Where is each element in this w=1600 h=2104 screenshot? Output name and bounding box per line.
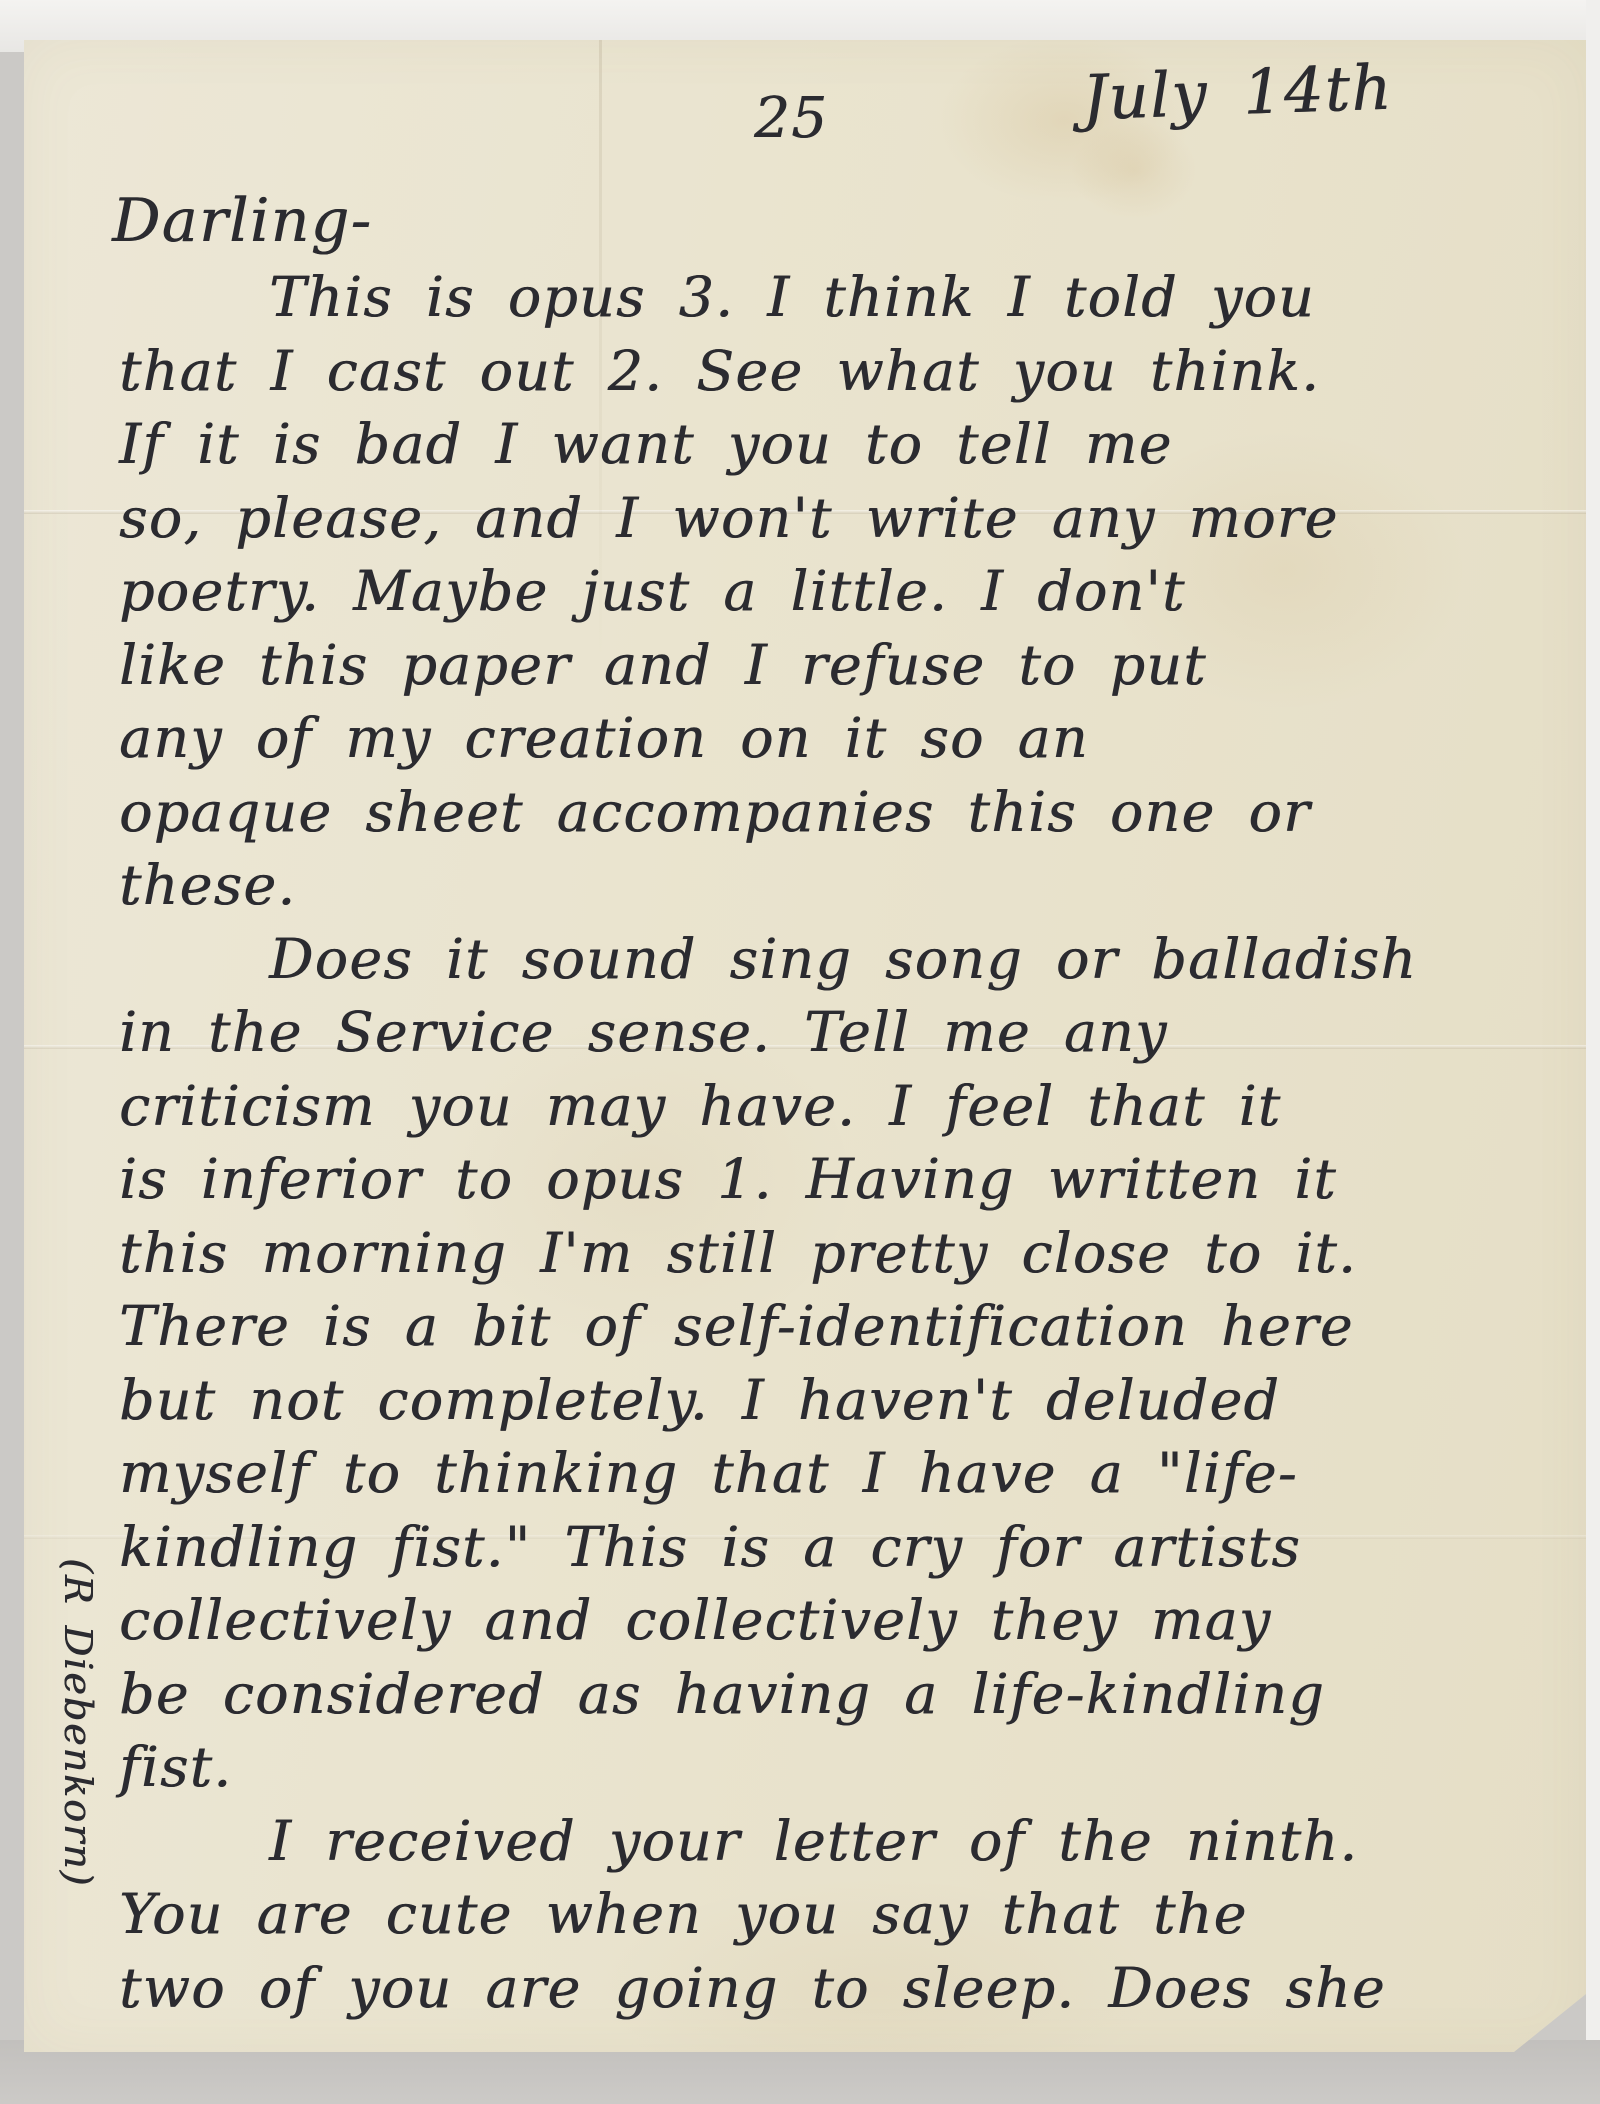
letter-line: so, please, and I won't write any more: [24, 485, 1586, 559]
letter-line: criticism you may have. I feel that it: [24, 1073, 1586, 1147]
letter-line: but not completely. I haven't deluded: [24, 1367, 1586, 1441]
letter-line: poetry. Maybe just a little. I don't: [24, 558, 1586, 632]
letter-line: collectively and collectively they may: [24, 1587, 1586, 1661]
letter-line: kindling fist." This is a cry for artist…: [24, 1514, 1586, 1588]
letter-line: is inferior to opus 1. Having written it: [24, 1146, 1586, 1220]
letter-line: If it is bad I want you to tell me: [24, 411, 1586, 485]
letter-line: that I cast out 2. See what you think.: [24, 338, 1586, 412]
letter-line: these.: [24, 852, 1586, 926]
letter-line: be considered as having a life-kindling: [24, 1661, 1586, 1735]
margin-note: (R Diebenkorn): [56, 1558, 100, 1888]
letter-line: like this paper and I refuse to put: [24, 632, 1586, 706]
letter-line: This is opus 3. I think I told you: [24, 264, 1586, 338]
letter-line: this morning I'm still pretty close to i…: [24, 1220, 1586, 1294]
letter-line: any of my creation on it so an: [24, 705, 1586, 779]
letter-photo: 25 July 14th Darling- This is opus 3. I …: [0, 0, 1600, 2104]
letter-line: There is a bit of self-identification he…: [24, 1293, 1586, 1367]
letter-body: This is opus 3. I think I told you that …: [24, 264, 1586, 2028]
letter-line: You are cute when you say that the: [24, 1881, 1586, 1955]
backdrop-right-strip: [1586, 0, 1600, 2104]
letter-line: fist.: [24, 1734, 1586, 1808]
letter-paper: 25 July 14th Darling- This is opus 3. I …: [24, 40, 1586, 2052]
letter-date: July 14th: [1081, 51, 1394, 135]
salutation: Darling-: [112, 186, 372, 256]
letter-line: I received your letter of the ninth.: [24, 1808, 1586, 1882]
letter-line: two of you are going to sleep. Does she: [24, 1955, 1586, 2029]
letter-line: Does it sound sing song or balladish: [24, 926, 1586, 1000]
letter-line: myself to thinking that I have a "life-: [24, 1440, 1586, 1514]
page-number: 25: [754, 86, 828, 151]
letter-line: in the Service sense. Tell me any: [24, 999, 1586, 1073]
letter-line: opaque sheet accompanies this one or: [24, 779, 1586, 853]
